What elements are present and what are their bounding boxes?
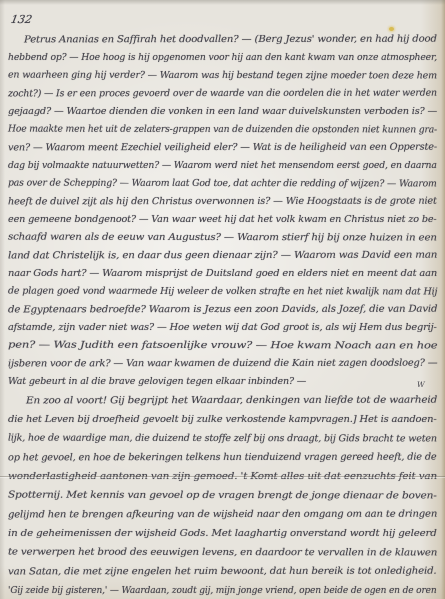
- handwritten-line: gelijmd hen te brengen afkeuring van de …: [8, 502, 437, 522]
- handwritten-line: gejaagd? — Waartoe dienden die vonken in…: [8, 99, 437, 117]
- scanned-manuscript-page: 132 Petrus Ananias en Saffirah het doodv…: [0, 0, 445, 599]
- handwritten-line: die het Leven bij droefheid gevoelt bij …: [8, 407, 437, 426]
- handwritten-line: ijsberen voor de ark? — Van waar kwamen …: [8, 351, 437, 370]
- handwritten-line: pen? — Was Judith een fatsoenlijke vrouw…: [8, 333, 437, 352]
- handwritten-line: Hoe maakte men het uit de zelaters-grapp…: [8, 117, 437, 136]
- handwritten-line: in de geheimenissen der wijsheid Gods. M…: [8, 521, 437, 540]
- handwritten-line: op het gevoel, en hoe de bekeringen telk…: [8, 445, 437, 465]
- handwritten-line: de Egyptenaars bedroefde? Waarom is Jezu…: [8, 297, 437, 316]
- handwritten-line: lijk, hoe de waardige man, die duizend t…: [8, 426, 437, 446]
- paper-stain: [389, 27, 394, 31]
- handwritten-line: En zoo al voort! Gij begrijpt het Waarda…: [8, 388, 437, 408]
- handwritten-line: land dat Christelijk is, en daar dus gee…: [8, 243, 437, 262]
- handwritten-line: 'Gij zeide bij gisteren,' — Waardaan, zo…: [8, 578, 437, 597]
- handwritten-line: heeft de duivel zijt als hij den Christu…: [8, 189, 437, 208]
- handwritten-line: een gemeene bondgenoot? — Van waar weet …: [8, 207, 437, 225]
- handwritten-line: afstamde, zijn vader niet was? — Hoe wet…: [8, 315, 437, 333]
- handwritten-line: ven? — Waarom meent Ezechiel veiligheid …: [8, 135, 437, 154]
- page-number: 132: [10, 13, 33, 26]
- handwritten-line: van Satan, die met zijne engelen het rui…: [8, 559, 437, 579]
- handwritten-line: pas over de Schepping? — Waarom laat God…: [8, 171, 437, 190]
- paragraph-questions: Petrus Ananias en Saffirah het doodvalle…: [8, 27, 437, 387]
- handwritten-line: schaafd waren als de eeuw van Augustus? …: [8, 225, 437, 244]
- handwritten-line: Spotternij. Met kennis van gevoel op de …: [8, 483, 437, 503]
- handwritten-line: en waarheen ging hij verder? — Waarom wa…: [8, 63, 437, 82]
- handwritten-line: te verwerpen het brood des eeuwigen leve…: [8, 540, 437, 560]
- handwritten-line: zocht?) — Is er een proces gevoerd over …: [8, 81, 437, 100]
- handwritten-line: wonderlastigheid aantonen van zijn gemoe…: [8, 464, 437, 483]
- handwritten-line: Wat gebeurt in al die brave gelovigen te…: [8, 369, 437, 387]
- handwritten-line: dag bij volmaakte natuurwetten? — Waarom…: [8, 153, 437, 171]
- handwritten-line: naar Gods hart? — Waarom misprijst de Du…: [8, 261, 437, 279]
- handwritten-line: hebbend op? — Hoe hoog is hij opgenomen …: [8, 45, 437, 63]
- paragraph-commentary: En zoo al voort! Gij begrijpt het Waarda…: [8, 388, 437, 597]
- handwritten-line: de plagen goed vond waarmede Hij weleer …: [8, 279, 437, 298]
- paper-crease-line: [0, 476, 445, 478]
- handwritten-line: Petrus Ananias en Saffirah het doodvalle…: [8, 27, 437, 46]
